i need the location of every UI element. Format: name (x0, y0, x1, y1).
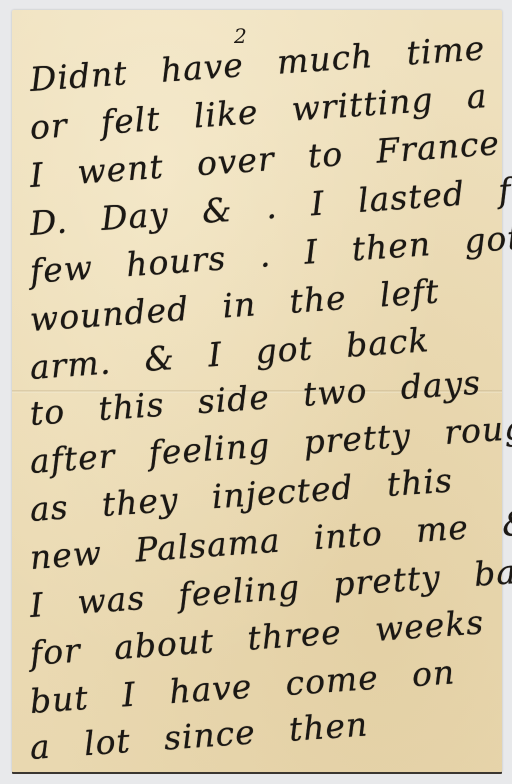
scanned-letter: 2 Didnt have much time or felt like writ… (0, 0, 512, 784)
handwritten-text-body: Didnt have much time or felt like writti… (12, 10, 502, 772)
letter-paper: 2 Didnt have much time or felt like writ… (12, 10, 502, 772)
